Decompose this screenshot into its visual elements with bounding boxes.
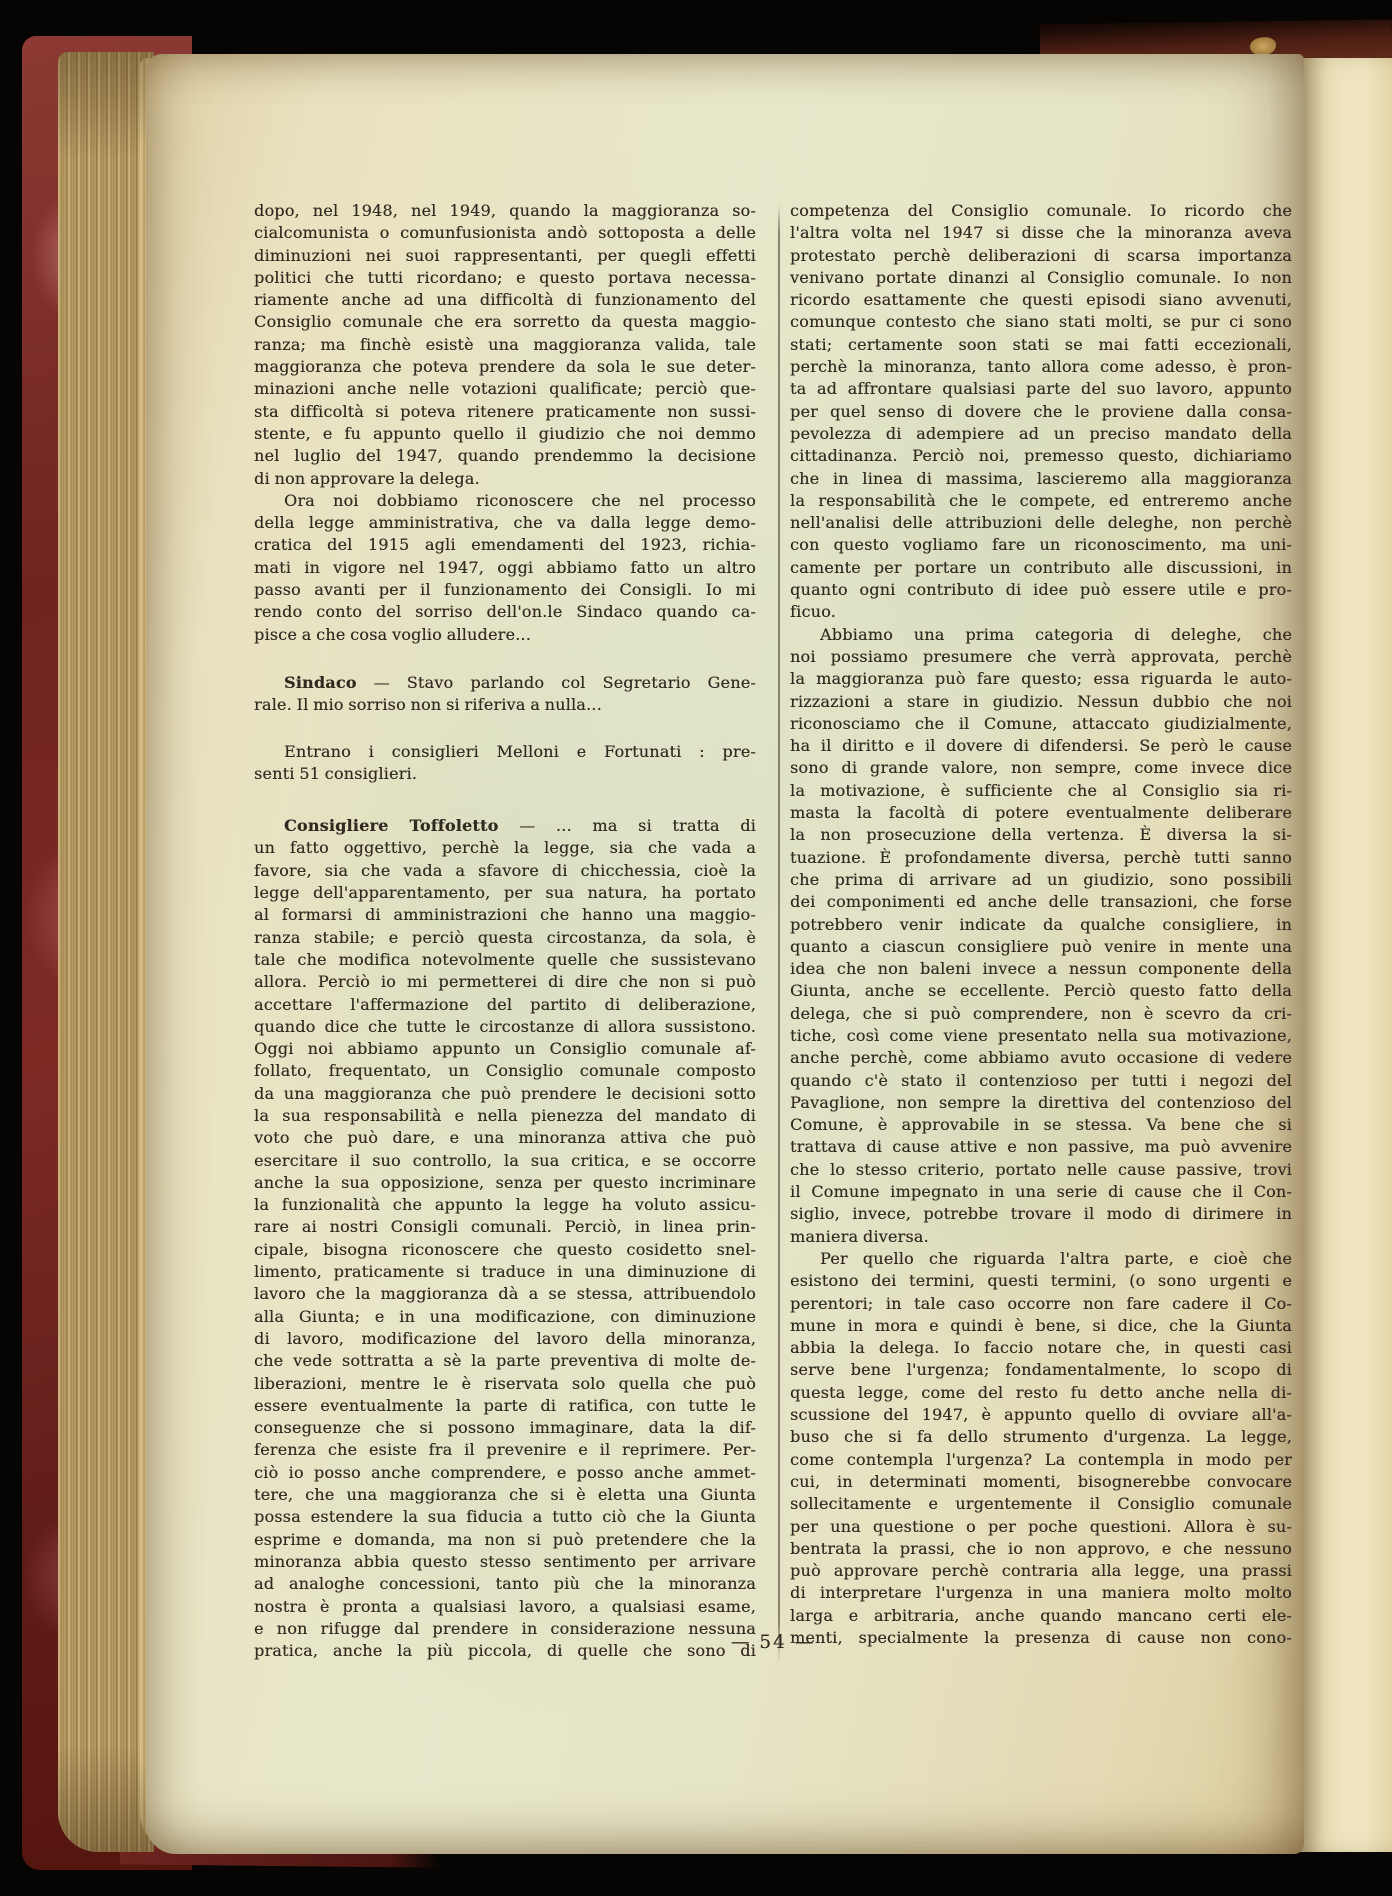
text-line: minoranza abbia questo stesso sentimento… xyxy=(254,1551,756,1573)
text-line: passo avanti per il funzionamento dei Co… xyxy=(254,579,756,601)
text-line: essere eventualmente la parte di ratific… xyxy=(254,1395,756,1417)
text-line: cittadinanza. Perciò noi, premesso quest… xyxy=(790,445,1292,467)
text-line: ha il diritto e il dovere di difendersi.… xyxy=(790,735,1292,757)
text-line: questa legge, come del resto fu detto an… xyxy=(790,1382,1292,1404)
text-line: serve bene l'urgenza; fondamentalmente, … xyxy=(790,1359,1292,1381)
text-line: di non approvare la delega. xyxy=(254,468,756,490)
text-line: può approvare perchè contraria alla legg… xyxy=(790,1560,1292,1582)
text-line: mati in vigore nel 1947, oggi abbiamo fa… xyxy=(254,557,756,579)
text-line: ranza stabile; e perciò questa circostan… xyxy=(254,927,756,949)
text-line: masta la facoltà di potere eventualmente… xyxy=(790,802,1292,824)
text-line: senti 51 consiglieri. xyxy=(254,763,756,785)
text-line: Consiglio comunale che era sorretto da q… xyxy=(254,311,756,333)
text-line: ad analoghe concessioni, tanto più che l… xyxy=(254,1573,756,1595)
speaker-name: Sindaco xyxy=(284,673,357,692)
text-line: il Comune impegnato in una serie di caus… xyxy=(790,1181,1292,1203)
text-line: conseguenze che si possono immaginare, d… xyxy=(254,1417,756,1439)
text-line: protestato perchè deliberazioni di scars… xyxy=(790,245,1292,267)
text-line: minazioni anche nelle votazioni qualific… xyxy=(254,378,756,400)
text-line: potrebbero venir indicate da qualche con… xyxy=(790,914,1292,936)
paragraph: dopo, nel 1948, nel 1949, quando la magg… xyxy=(254,200,756,490)
text-line: sono di grande valore, non sempre, come … xyxy=(790,757,1292,779)
text-line: tale che modifica notevolmente quelle ch… xyxy=(254,949,756,971)
text-line: la non prosecuzione della vertenza. È di… xyxy=(790,824,1292,846)
text-line: al formarsi di amministrazioni che hanno… xyxy=(254,904,756,926)
text-line: venivano portate dinanzi al Consiglio co… xyxy=(790,267,1292,289)
text-column-left: dopo, nel 1948, nel 1949, quando la magg… xyxy=(254,200,756,1662)
text-line: esistono dei termini, questi termini, (o… xyxy=(790,1270,1292,1292)
text-line: cialcomunista o comunfusionista andò sot… xyxy=(254,222,756,244)
text-line: pevolezza di adempiere ad un preciso man… xyxy=(790,423,1292,445)
text-line: Entrano i consiglieri Melloni e Fortunat… xyxy=(254,741,756,763)
text-line: perchè la minoranza, tanto allora come a… xyxy=(790,356,1292,378)
text-line: limento, praticamente si traduce in una … xyxy=(254,1261,756,1283)
text-line: politici che tutti ricordano; e questo p… xyxy=(254,267,756,289)
text-line: rale. Il mio sorriso non si riferiva a n… xyxy=(254,694,756,716)
text-line: Oggi noi abbiamo appunto un Consiglio co… xyxy=(254,1038,756,1060)
text-line: lavoro che la maggioranza dà a se stessa… xyxy=(254,1283,756,1305)
text-line: accettare l'affermazione del partito di … xyxy=(254,994,756,1016)
text-line: cipale, bisogna riconoscere che questo c… xyxy=(254,1239,756,1261)
text-line: cratica del 1915 agli emendamenti del 19… xyxy=(254,534,756,556)
text-line: siglio, invece, potrebbe trovare il modo… xyxy=(790,1203,1292,1225)
text-line: quanto ogni contributo di idee può esser… xyxy=(790,579,1292,601)
text-line: che vede sottratta a sè la parte prevent… xyxy=(254,1350,756,1372)
cover-wear-speck xyxy=(1250,37,1276,55)
text-line: alla Giunta; e in una modificazione, con… xyxy=(254,1306,756,1328)
text-line: favore, sia che vada a sfavore di chicch… xyxy=(254,860,756,882)
text-line: per una questione o per poche questioni.… xyxy=(790,1516,1292,1538)
text-line: Giunta, anche se eccellente. Perciò ques… xyxy=(790,980,1292,1002)
text-line: ta ad affrontare qualsiasi parte del suo… xyxy=(790,378,1292,400)
page-number: — 54 — xyxy=(254,1632,1292,1653)
text-line: della legge amministrativa, che va dalla… xyxy=(254,512,756,534)
text-line: riconosciamo che il Comune, attaccato gi… xyxy=(790,713,1292,735)
text-line: ficuo. xyxy=(790,601,1292,623)
text-line: anche perchè, come abbiamo avuto occasio… xyxy=(790,1047,1292,1069)
text-line: cui, in determinati momenti, bisognerebb… xyxy=(790,1471,1292,1493)
text-line: legge dell'apparentamento, per sua natur… xyxy=(254,882,756,904)
text-line: la responsabilità che le compete, ed ent… xyxy=(790,490,1292,512)
text-line: dei componimenti ed anche delle transazi… xyxy=(790,891,1292,913)
paragraph: Entrano i consiglieri Melloni e Fortunat… xyxy=(254,741,756,786)
facing-page-gutter xyxy=(1296,58,1392,1852)
text-line: delega, che si può comprendere, non è sc… xyxy=(790,1003,1292,1025)
text-line: buso che si fa dello strumento d'urgenza… xyxy=(790,1426,1292,1448)
text-line: ciò io posso anche comprendere, e posso … xyxy=(254,1462,756,1484)
text-line: sollecitamente e urgentemente il Consigl… xyxy=(790,1493,1292,1515)
text-line: bentrata la prassi, che io non approvo, … xyxy=(790,1538,1292,1560)
paragraph: Ora noi dobbiamo riconoscere che nel pro… xyxy=(254,490,756,646)
paragraph: Sindaco — Stavo parlando col Segretario … xyxy=(254,672,756,717)
text-line: quanto a ciascun consigliere può venire … xyxy=(790,936,1292,958)
text-line: riamente anche ad una difficoltà di funz… xyxy=(254,289,756,311)
text-line: la maggioranza può fare questo; essa rig… xyxy=(790,668,1292,690)
text-column-right: competenza del Consiglio comunale. Io ri… xyxy=(790,200,1292,1649)
text-line: larga e arbitraria, anche quando mancano… xyxy=(790,1605,1292,1627)
text-line: maggioranza che poteva prendere da sola … xyxy=(254,356,756,378)
text-line: camente per portare un contributo alle d… xyxy=(790,557,1292,579)
text-line: noi possiamo presumere che verrà approva… xyxy=(790,646,1292,668)
text-line: la motivazione, è sufficiente che al Con… xyxy=(790,780,1292,802)
paragraph: Per quello che riguarda l'altra parte, e… xyxy=(790,1248,1292,1649)
text-line: perentori; in tale caso occorre non fare… xyxy=(790,1293,1292,1315)
text-line: da una maggioranza che può prendere le d… xyxy=(254,1083,756,1105)
text-line: pisce a che cosa voglio alludere... xyxy=(254,624,756,646)
text-line: esercitare il suo controllo, la sua crit… xyxy=(254,1150,756,1172)
text-line: tuazione. È profondamente diversa, perch… xyxy=(790,847,1292,869)
text-line: stati; certamente soon stati se mai fatt… xyxy=(790,334,1292,356)
text-line: rare ai nostri Consigli comunali. Perciò… xyxy=(254,1216,756,1238)
text-line: tere, che una maggioranza che si è elett… xyxy=(254,1484,756,1506)
text-line: sta difficoltà si poteva ritenere pratic… xyxy=(254,401,756,423)
text-line: Abbiamo una prima categoria di deleghe, … xyxy=(790,624,1292,646)
text-line: Sindaco — Stavo parlando col Segretario … xyxy=(254,672,756,694)
text-line: comunque contesto che siano stati molti,… xyxy=(790,311,1292,333)
text-line: ferenza che esiste fra il prevenire e il… xyxy=(254,1439,756,1461)
text-line: che prima di arrivare ad un giudizio, so… xyxy=(790,869,1292,891)
text-line: Consigliere Toffoletto — ... ma si tratt… xyxy=(254,815,756,837)
text-line: Comune, è approvabile in se stessa. Va b… xyxy=(790,1114,1292,1136)
text-line: quando c'è stato il contenzioso per tutt… xyxy=(790,1070,1292,1092)
text-line: scussione del 1947, è appunto quello di … xyxy=(790,1404,1292,1426)
text-line: la funzionalità che appunto la legge ha … xyxy=(254,1194,756,1216)
text-line: ricordo esattamente che questi episodi s… xyxy=(790,289,1292,311)
text-line: con questo vogliamo fare un riconoscimen… xyxy=(790,534,1292,556)
text-line: come contempla l'urgenza? La contempla i… xyxy=(790,1449,1292,1471)
text-line: di lavoro, modificazione del lavoro dell… xyxy=(254,1328,756,1350)
text-line: che in linea di massima, lascieremo alla… xyxy=(790,468,1292,490)
text-line: un fatto oggettivo, perchè la legge, sia… xyxy=(254,837,756,859)
text-line: che lo stesso criterio, portato nelle ca… xyxy=(790,1159,1292,1181)
text-line: dopo, nel 1948, nel 1949, quando la magg… xyxy=(254,200,756,222)
text-line: stente, e fu appunto quello il giudizio … xyxy=(254,423,756,445)
text-line: nostra è pronta a qualsiasi lavoro, a qu… xyxy=(254,1596,756,1618)
paragraph: Abbiamo una prima categoria di deleghe, … xyxy=(790,624,1292,1248)
text-line: voto che può dare, e una minoranza attiv… xyxy=(254,1127,756,1149)
text-line: liberazioni, mentre le è riservata solo … xyxy=(254,1373,756,1395)
column-divider-rule xyxy=(778,204,780,1664)
text-line: Per quello che riguarda l'altra parte, e… xyxy=(790,1248,1292,1270)
book-scan-scene: dopo, nel 1948, nel 1949, quando la magg… xyxy=(0,0,1392,1896)
text-line: competenza del Consiglio comunale. Io ri… xyxy=(790,200,1292,222)
text-line: nell'analisi delle attribuzioni delle de… xyxy=(790,512,1292,534)
text-line: idea che non baleni invece a nessun comp… xyxy=(790,958,1292,980)
text-line: rizzazioni a stare in giudizio. Nessun d… xyxy=(790,691,1292,713)
text-line: anche la sua opposizione, senza per ques… xyxy=(254,1172,756,1194)
text-line: allora. Perciò io mi permetterei di dire… xyxy=(254,971,756,993)
text-line: follato, frequentato, un Consiglio comun… xyxy=(254,1060,756,1082)
text-line: Ora noi dobbiamo riconoscere che nel pro… xyxy=(254,490,756,512)
text-line: esprime e domanda, ma non si può pretend… xyxy=(254,1529,756,1551)
text-line: possa estendere la sua fiducia a tutto c… xyxy=(254,1506,756,1528)
text-line: quando dice che tutte le circostanze di … xyxy=(254,1016,756,1038)
text-line: diminuzioni nei suoi rappresentanti, per… xyxy=(254,245,756,267)
text-line: nel luglio del 1947, quando prendemmo la… xyxy=(254,445,756,467)
text-line: rendo conto del sorriso dell'on.le Sinda… xyxy=(254,601,756,623)
text-line: maniera diversa. xyxy=(790,1226,1292,1248)
paragraph: Consigliere Toffoletto — ... ma si tratt… xyxy=(254,815,756,1662)
text-line: Pavaglione, non sempre la direttiva del … xyxy=(790,1092,1292,1114)
text-line: l'altra volta nel 1947 si disse che la m… xyxy=(790,222,1292,244)
text-line: di interpretare l'urgenza in una maniera… xyxy=(790,1582,1292,1604)
text-line: trattava di cause attive e non passive, … xyxy=(790,1136,1292,1158)
text-line: ranza; ma finchè esistè una maggioranza … xyxy=(254,334,756,356)
text-line: abbia la delega. Io faccio notare che, i… xyxy=(790,1337,1292,1359)
book-page: dopo, nel 1948, nel 1949, quando la magg… xyxy=(146,54,1304,1854)
text-line: mune in mora e quindi è bene, si dice, c… xyxy=(790,1315,1292,1337)
paragraph: competenza del Consiglio comunale. Io ri… xyxy=(790,200,1292,624)
text-line: per quel senso di dovere che le proviene… xyxy=(790,401,1292,423)
text-line: tiche, così come viene presentato nella … xyxy=(790,1025,1292,1047)
speaker-name: Consigliere Toffoletto xyxy=(284,816,498,835)
text-line: la sua responsabilità e nella pienezza d… xyxy=(254,1105,756,1127)
